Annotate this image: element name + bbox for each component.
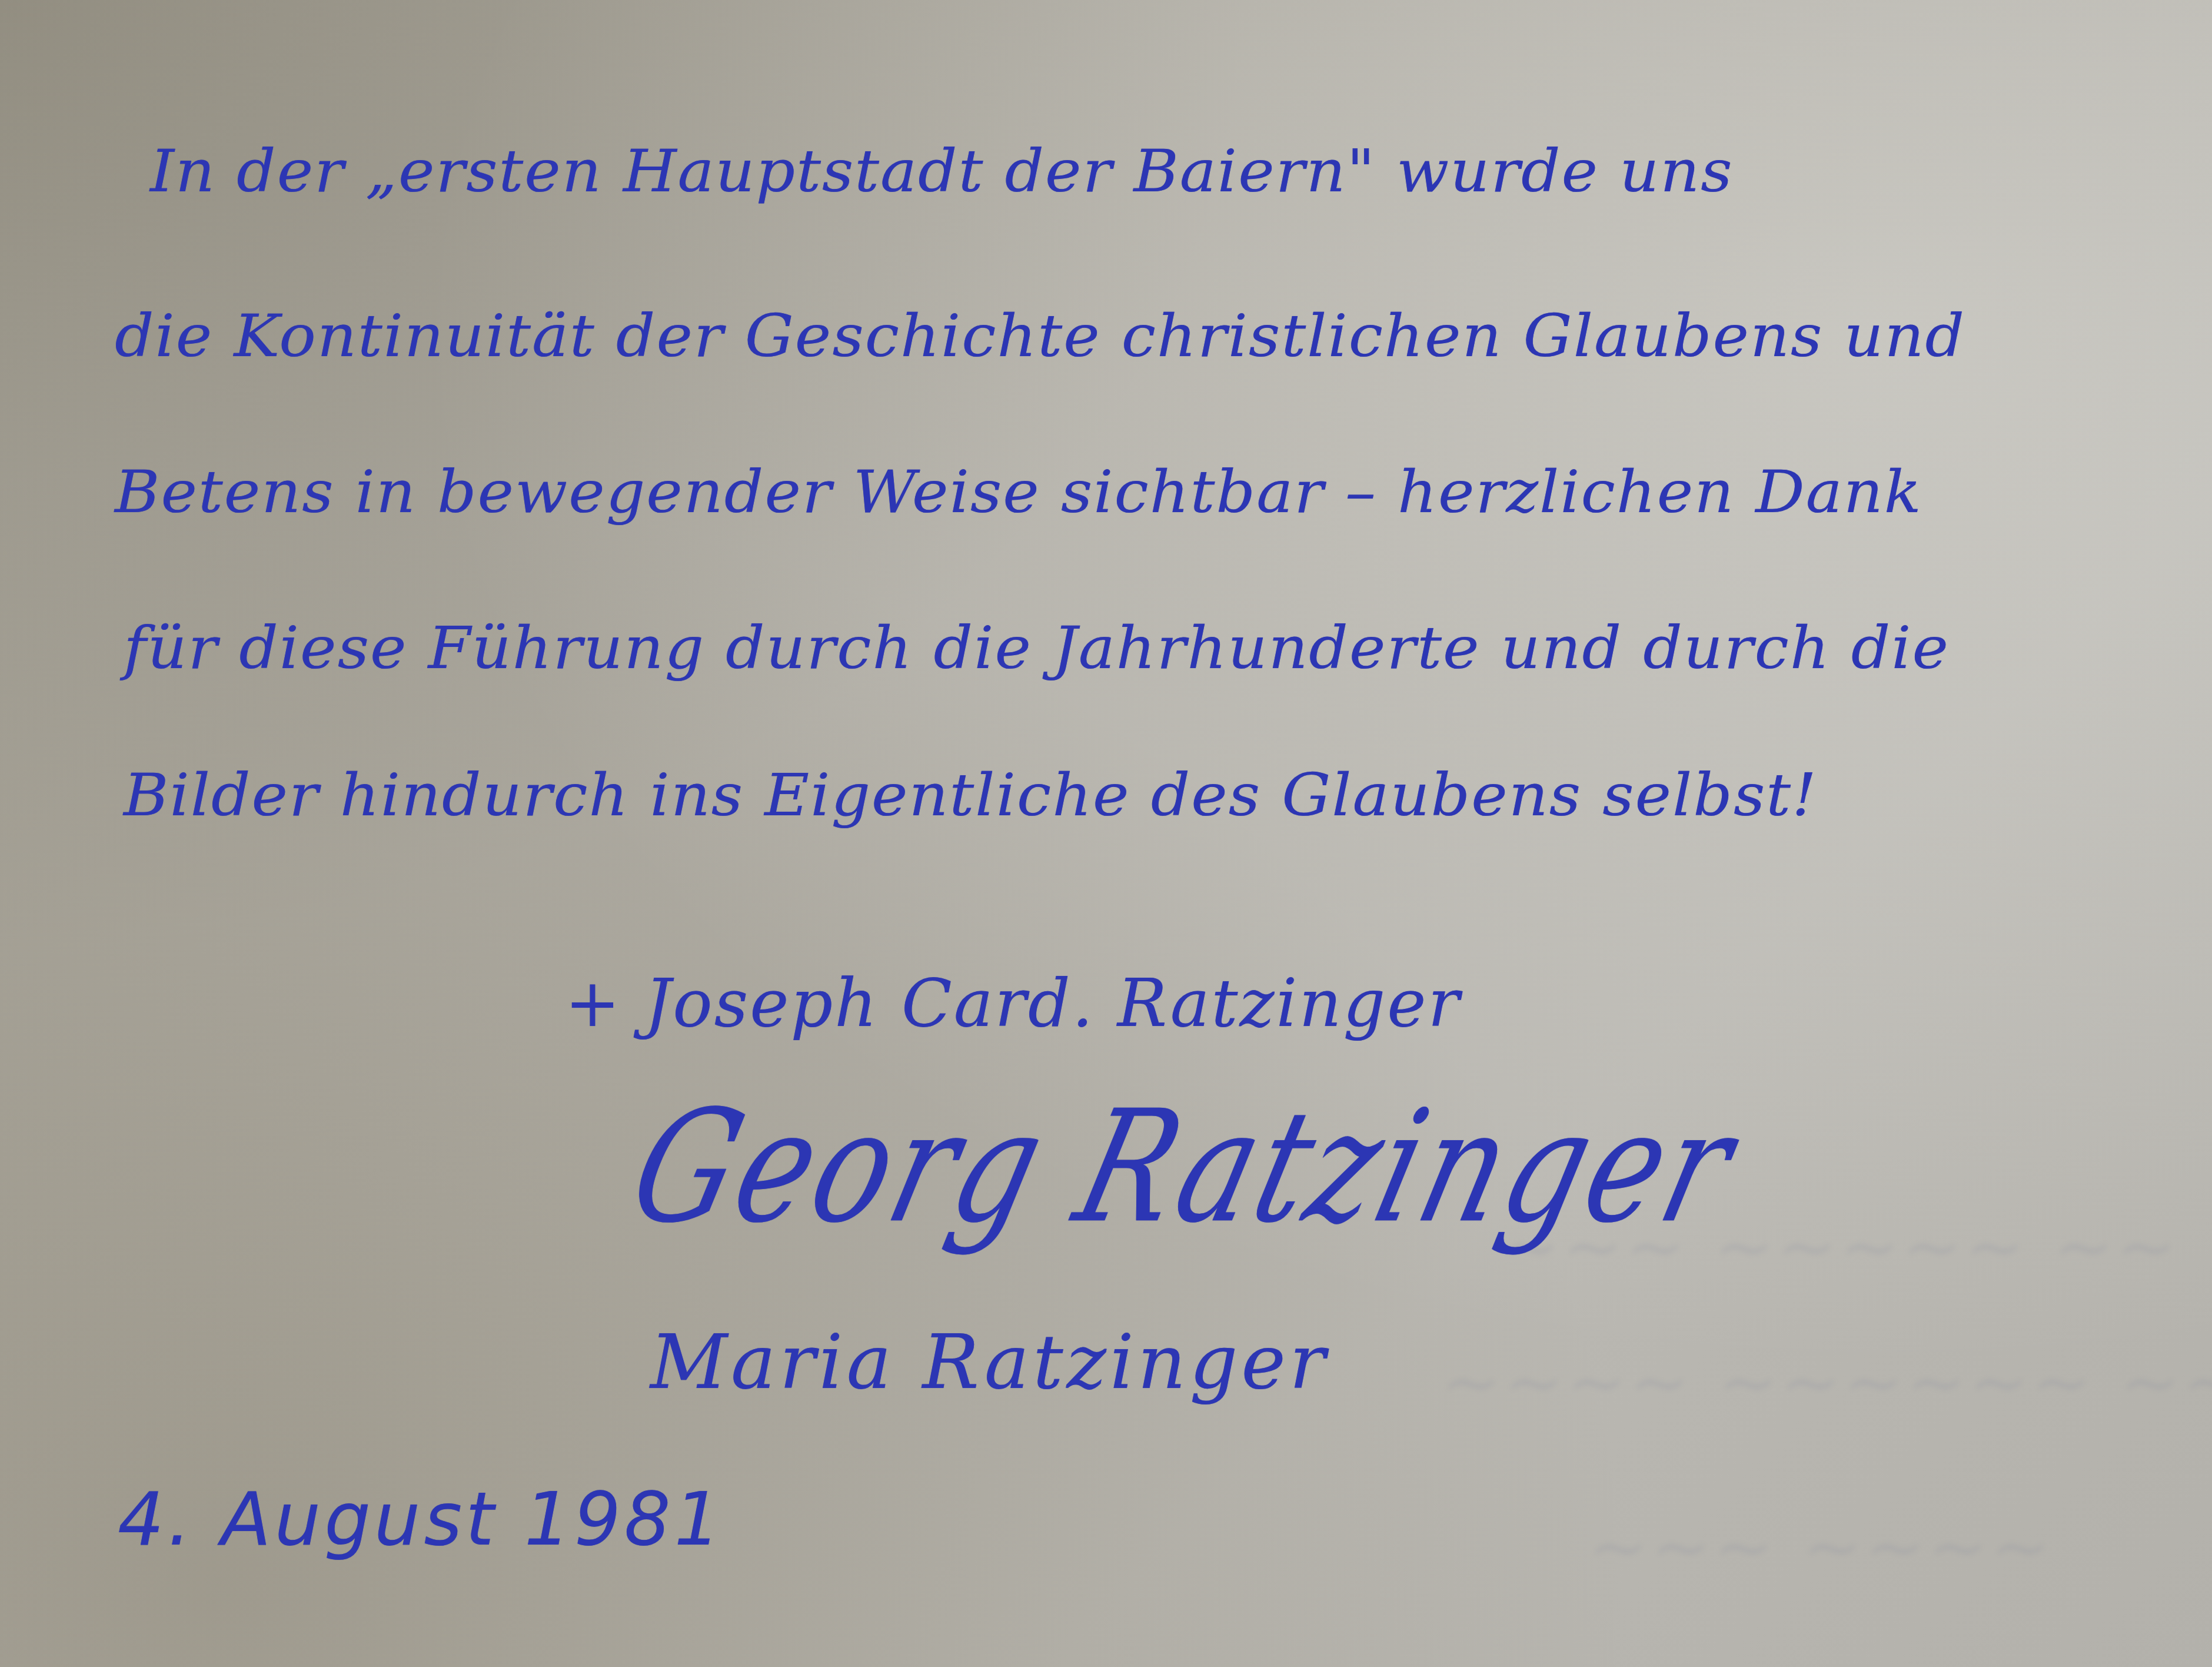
message-line: Betens in bewegender Weise sichtbar – he… [115, 458, 1922, 526]
signature-joseph-ratzinger: + Joseph Card. Ratzinger [565, 965, 1461, 1042]
message-line: In der „ersten Hauptstadt der Baiern" wu… [150, 137, 1734, 205]
signature-georg-ratzinger: Georg Ratzinger [616, 1077, 1752, 1257]
message-line: die Kontinuität der Geschichte christlic… [115, 302, 1965, 370]
signature-maria-ratzinger: Maria Ratzinger [650, 1319, 1329, 1406]
bleed-through-texture: ~~~~ ~~~~~~ ~~~ [1442, 1342, 2212, 1424]
message-line: Bilder hindurch ins Eigentliche des Glau… [124, 761, 1818, 829]
bleed-through-texture: ~~~ ~~~~ [1589, 1507, 2054, 1589]
entry-date: 4. August 1981 [118, 1477, 724, 1562]
guestbook-page: ~~~ ~~~~~ ~~ ~~~~ ~~~~~~ ~~~ ~~~ ~~~~ In… [0, 0, 2212, 1667]
message-line: für diese Führung durch die Jahrhunderte… [124, 614, 1950, 682]
